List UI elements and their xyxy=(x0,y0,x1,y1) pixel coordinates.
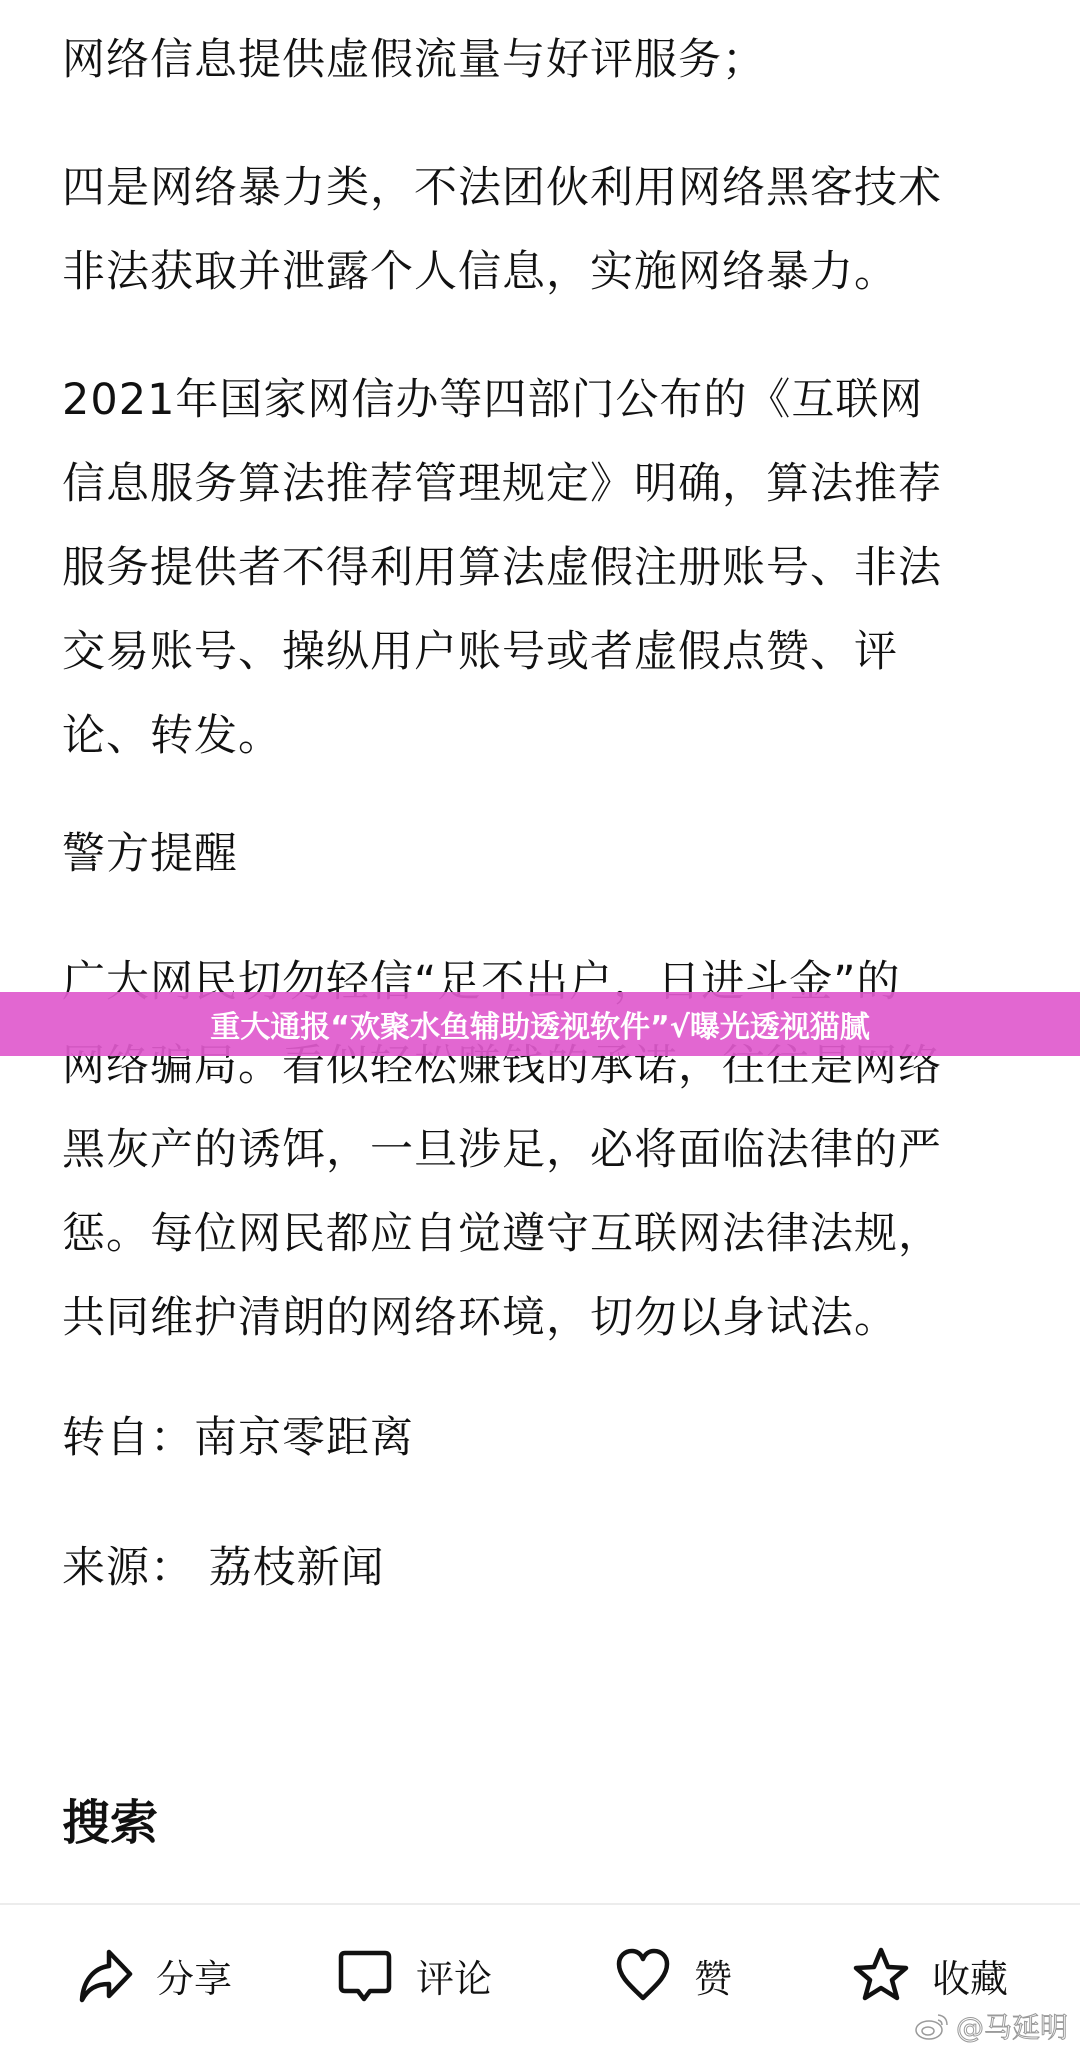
repost-source: 转自：南京零距离 xyxy=(62,1396,1022,1480)
text-line: 论、转发。 xyxy=(62,711,282,761)
text-line: 警方提醒 xyxy=(62,829,238,879)
text-line: 黑灰产的诱饵，一旦涉足，必将面临法律的严 xyxy=(62,1125,942,1175)
like-label: 赞 xyxy=(694,1948,732,2003)
watermark-text: @马延明 xyxy=(956,2006,1068,2046)
text-line: 转自：南京零距离 xyxy=(62,1413,414,1463)
text-line: 四是网络暴力类，不法团伙利用网络黑客技术 xyxy=(62,163,942,213)
star-icon xyxy=(852,1946,910,2004)
text-line: 服务提供者不得利用算法虚假注册账号、非法 xyxy=(62,543,942,593)
comment-label: 评论 xyxy=(416,1948,492,2003)
overlay-banner: 重大通报“欢聚水鱼辅助透视软件”√曝光透视猫腻 xyxy=(0,992,1080,1056)
weibo-icon xyxy=(914,2011,950,2041)
share-icon xyxy=(76,1946,134,2004)
paragraph: 四是网络暴力类，不法团伙利用网络黑客技术 非法获取并泄露个人信息，实施网络暴力。 xyxy=(62,146,1022,314)
paragraph: 网络信息提供虚假流量与好评服务； xyxy=(62,18,1022,102)
text-line: 来源： 荔枝新闻 xyxy=(62,1543,385,1593)
share-label: 分享 xyxy=(156,1948,232,2003)
banner-text: 重大通报“欢聚水鱼辅助透视软件”√曝光透视猫腻 xyxy=(210,1002,869,1046)
share-button[interactable]: 分享 xyxy=(76,1930,232,2020)
text-line: 网络信息提供虚假流量与好评服务； xyxy=(62,35,766,85)
section-subheading: 警方提醒 xyxy=(62,812,1022,896)
text-line: 信息服务算法推荐管理规定》明确，算法推荐 xyxy=(62,459,942,509)
text-line: 共同维护清朗的网络环境，切勿以身试法。 xyxy=(62,1293,898,1343)
favorite-label: 收藏 xyxy=(932,1948,1008,2003)
text-line: 非法获取并泄露个人信息，实施网络暴力。 xyxy=(62,247,898,297)
text-line: 惩。每位网民都应自觉遵守互联网法律法规， xyxy=(62,1209,942,1259)
watermark: @马延明 xyxy=(914,2006,1068,2046)
comment-button[interactable]: 评论 xyxy=(336,1930,492,2020)
paragraph: 2021年国家网信办等四部门公布的《互联网 信息服务算法推荐管理规定》明确，算法… xyxy=(62,358,1022,778)
search-section-title[interactable]: 搜索 xyxy=(62,1788,158,1858)
like-button[interactable]: 赞 xyxy=(614,1930,732,2020)
text-line: 2021年国家网信办等四部门公布的《互联网 xyxy=(62,375,923,425)
article-page: 网络信息提供虚假流量与好评服务； 四是网络暴力类，不法团伙利用网络黑客技术 非法… xyxy=(0,0,1080,2048)
news-source: 来源： 荔枝新闻 xyxy=(62,1526,1022,1610)
text-line: 交易账号、操纵用户账号或者虚假点赞、评 xyxy=(62,627,898,677)
divider xyxy=(0,1903,1080,1905)
heart-icon xyxy=(614,1946,672,2004)
comment-icon xyxy=(336,1946,394,2004)
